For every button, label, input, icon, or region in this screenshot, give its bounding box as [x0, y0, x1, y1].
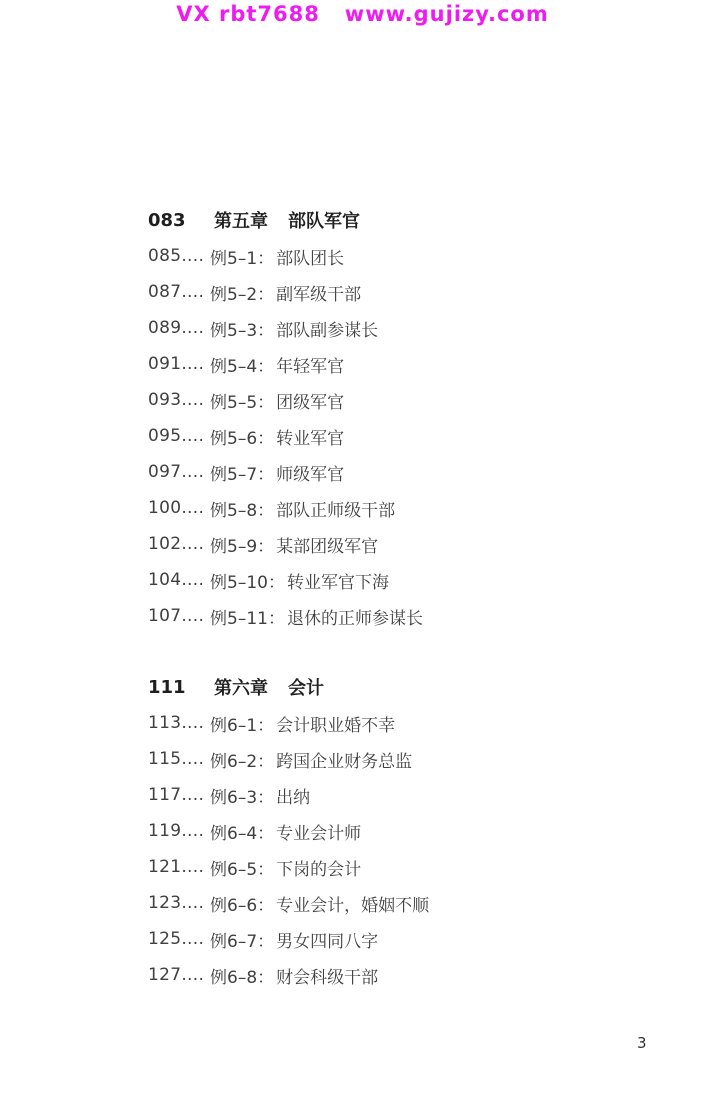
entry-page: 085.... — [148, 246, 210, 266]
entry-page: 113.... — [148, 713, 210, 733]
entry-title: 跨国企业财务总监 — [276, 747, 412, 772]
entry-example: 例6–8： — [210, 963, 274, 988]
entry-example: 例6–3： — [210, 783, 274, 808]
entry-title: 专业会计师 — [276, 819, 361, 844]
entry-page: 119.... — [148, 821, 210, 841]
entry-title: 部队团长 — [276, 244, 344, 269]
toc-entry[interactable]: 100....例5–8：部队正师级干部 — [148, 494, 395, 522]
entry-title: 团级军官 — [276, 388, 344, 413]
toc-entry[interactable]: 104....例5–10：转业军官下海 — [148, 566, 389, 594]
toc-entry[interactable]: 087....例5–2：副军级干部 — [148, 278, 361, 306]
entry-example: 例5–2： — [210, 280, 274, 305]
entry-example: 例5–5： — [210, 388, 274, 413]
chapter-title: 部队军官 — [288, 207, 360, 233]
entry-title: 转业军官 — [276, 424, 344, 449]
toc-entry[interactable]: 085....例5–1：部队团长 — [148, 242, 344, 270]
entry-title: 专业会计，婚姻不顺 — [276, 891, 429, 916]
entry-example: 例6–4： — [210, 819, 274, 844]
chapter-page: 083 — [148, 210, 214, 231]
entry-page: 115.... — [148, 749, 210, 769]
chapter-page: 111 — [148, 677, 214, 698]
entry-example: 例6–6： — [210, 891, 274, 916]
entry-title: 部队副参谋长 — [276, 316, 378, 341]
entry-example: 例5–10： — [210, 568, 285, 593]
entry-page: 089.... — [148, 318, 210, 338]
toc-entry[interactable]: 113....例6–1：会计职业婚不幸 — [148, 709, 395, 737]
toc-entry[interactable]: 095....例5–6：转业军官 — [148, 422, 344, 450]
chapter-heading-6[interactable]: 111 第六章 会计 — [148, 673, 324, 701]
chapter-title: 会计 — [288, 674, 324, 700]
entry-page: 125.... — [148, 929, 210, 949]
toc-entry[interactable]: 121....例6–5：下岗的会计 — [148, 853, 361, 881]
toc-entry[interactable]: 089....例5–3：部队副参谋长 — [148, 314, 378, 342]
entry-title: 转业军官下海 — [287, 568, 389, 593]
entry-title: 下岗的会计 — [276, 855, 361, 880]
page-number: 3 — [637, 1034, 647, 1052]
entry-example: 例6–7： — [210, 927, 274, 952]
entry-example: 例5–1： — [210, 244, 274, 269]
toc-entry[interactable]: 123....例6–6：专业会计，婚姻不顺 — [148, 889, 429, 917]
entry-page: 107.... — [148, 606, 210, 626]
entry-example: 例5–8： — [210, 496, 274, 521]
entry-page: 100.... — [148, 498, 210, 518]
toc-entry[interactable]: 117....例6–3：出纳 — [148, 781, 310, 809]
toc-entry[interactable]: 091....例5–4：年轻军官 — [148, 350, 344, 378]
entry-title: 部队正师级干部 — [276, 496, 395, 521]
entry-example: 例5–3： — [210, 316, 274, 341]
toc-entry[interactable]: 115....例6–2：跨国企业财务总监 — [148, 745, 412, 773]
entry-page: 091.... — [148, 354, 210, 374]
entry-page: 102.... — [148, 534, 210, 554]
toc-entry[interactable]: 127....例6–8：财会科级干部 — [148, 961, 378, 989]
entry-title: 年轻军官 — [276, 352, 344, 377]
entry-title: 会计职业婚不幸 — [276, 711, 395, 736]
entry-page: 127.... — [148, 965, 210, 985]
entry-page: 095.... — [148, 426, 210, 446]
entry-example: 例6–2： — [210, 747, 274, 772]
watermark-text: VX rbt7688 www.gujizy.com — [0, 2, 725, 26]
entry-page: 104.... — [148, 570, 210, 590]
entry-page: 121.... — [148, 857, 210, 877]
entry-title: 男女四同八字 — [276, 927, 378, 952]
toc-entry[interactable]: 097....例5–7：师级军官 — [148, 458, 344, 486]
entry-title: 出纳 — [276, 783, 310, 808]
entry-page: 087.... — [148, 282, 210, 302]
entry-page: 097.... — [148, 462, 210, 482]
entry-title: 退休的正师参谋长 — [287, 604, 423, 629]
toc-entry[interactable]: 107....例5–11：退休的正师参谋长 — [148, 602, 423, 630]
chapter-heading-5[interactable]: 083 第五章 部队军官 — [148, 206, 360, 234]
entry-example: 例6–1： — [210, 711, 274, 736]
entry-example: 例5–7： — [210, 460, 274, 485]
entry-title: 某部团级军官 — [276, 532, 378, 557]
entry-example: 例5–6： — [210, 424, 274, 449]
entry-page: 117.... — [148, 785, 210, 805]
entry-example: 例5–9： — [210, 532, 274, 557]
entry-title: 师级军官 — [276, 460, 344, 485]
entry-title: 财会科级干部 — [276, 963, 378, 988]
entry-page: 093.... — [148, 390, 210, 410]
chapter-number: 第六章 — [214, 674, 268, 700]
chapter-number: 第五章 — [214, 207, 268, 233]
entry-example: 例6–5： — [210, 855, 274, 880]
toc-entry[interactable]: 119....例6–4：专业会计师 — [148, 817, 361, 845]
entry-example: 例5–11： — [210, 604, 285, 629]
entry-title: 副军级干部 — [276, 280, 361, 305]
entry-page: 123.... — [148, 893, 210, 913]
toc-entry[interactable]: 125....例6–7：男女四同八字 — [148, 925, 378, 953]
entry-example: 例5–4： — [210, 352, 274, 377]
toc-entry[interactable]: 102....例5–9：某部团级军官 — [148, 530, 378, 558]
toc-entry[interactable]: 093....例5–5：团级军官 — [148, 386, 344, 414]
